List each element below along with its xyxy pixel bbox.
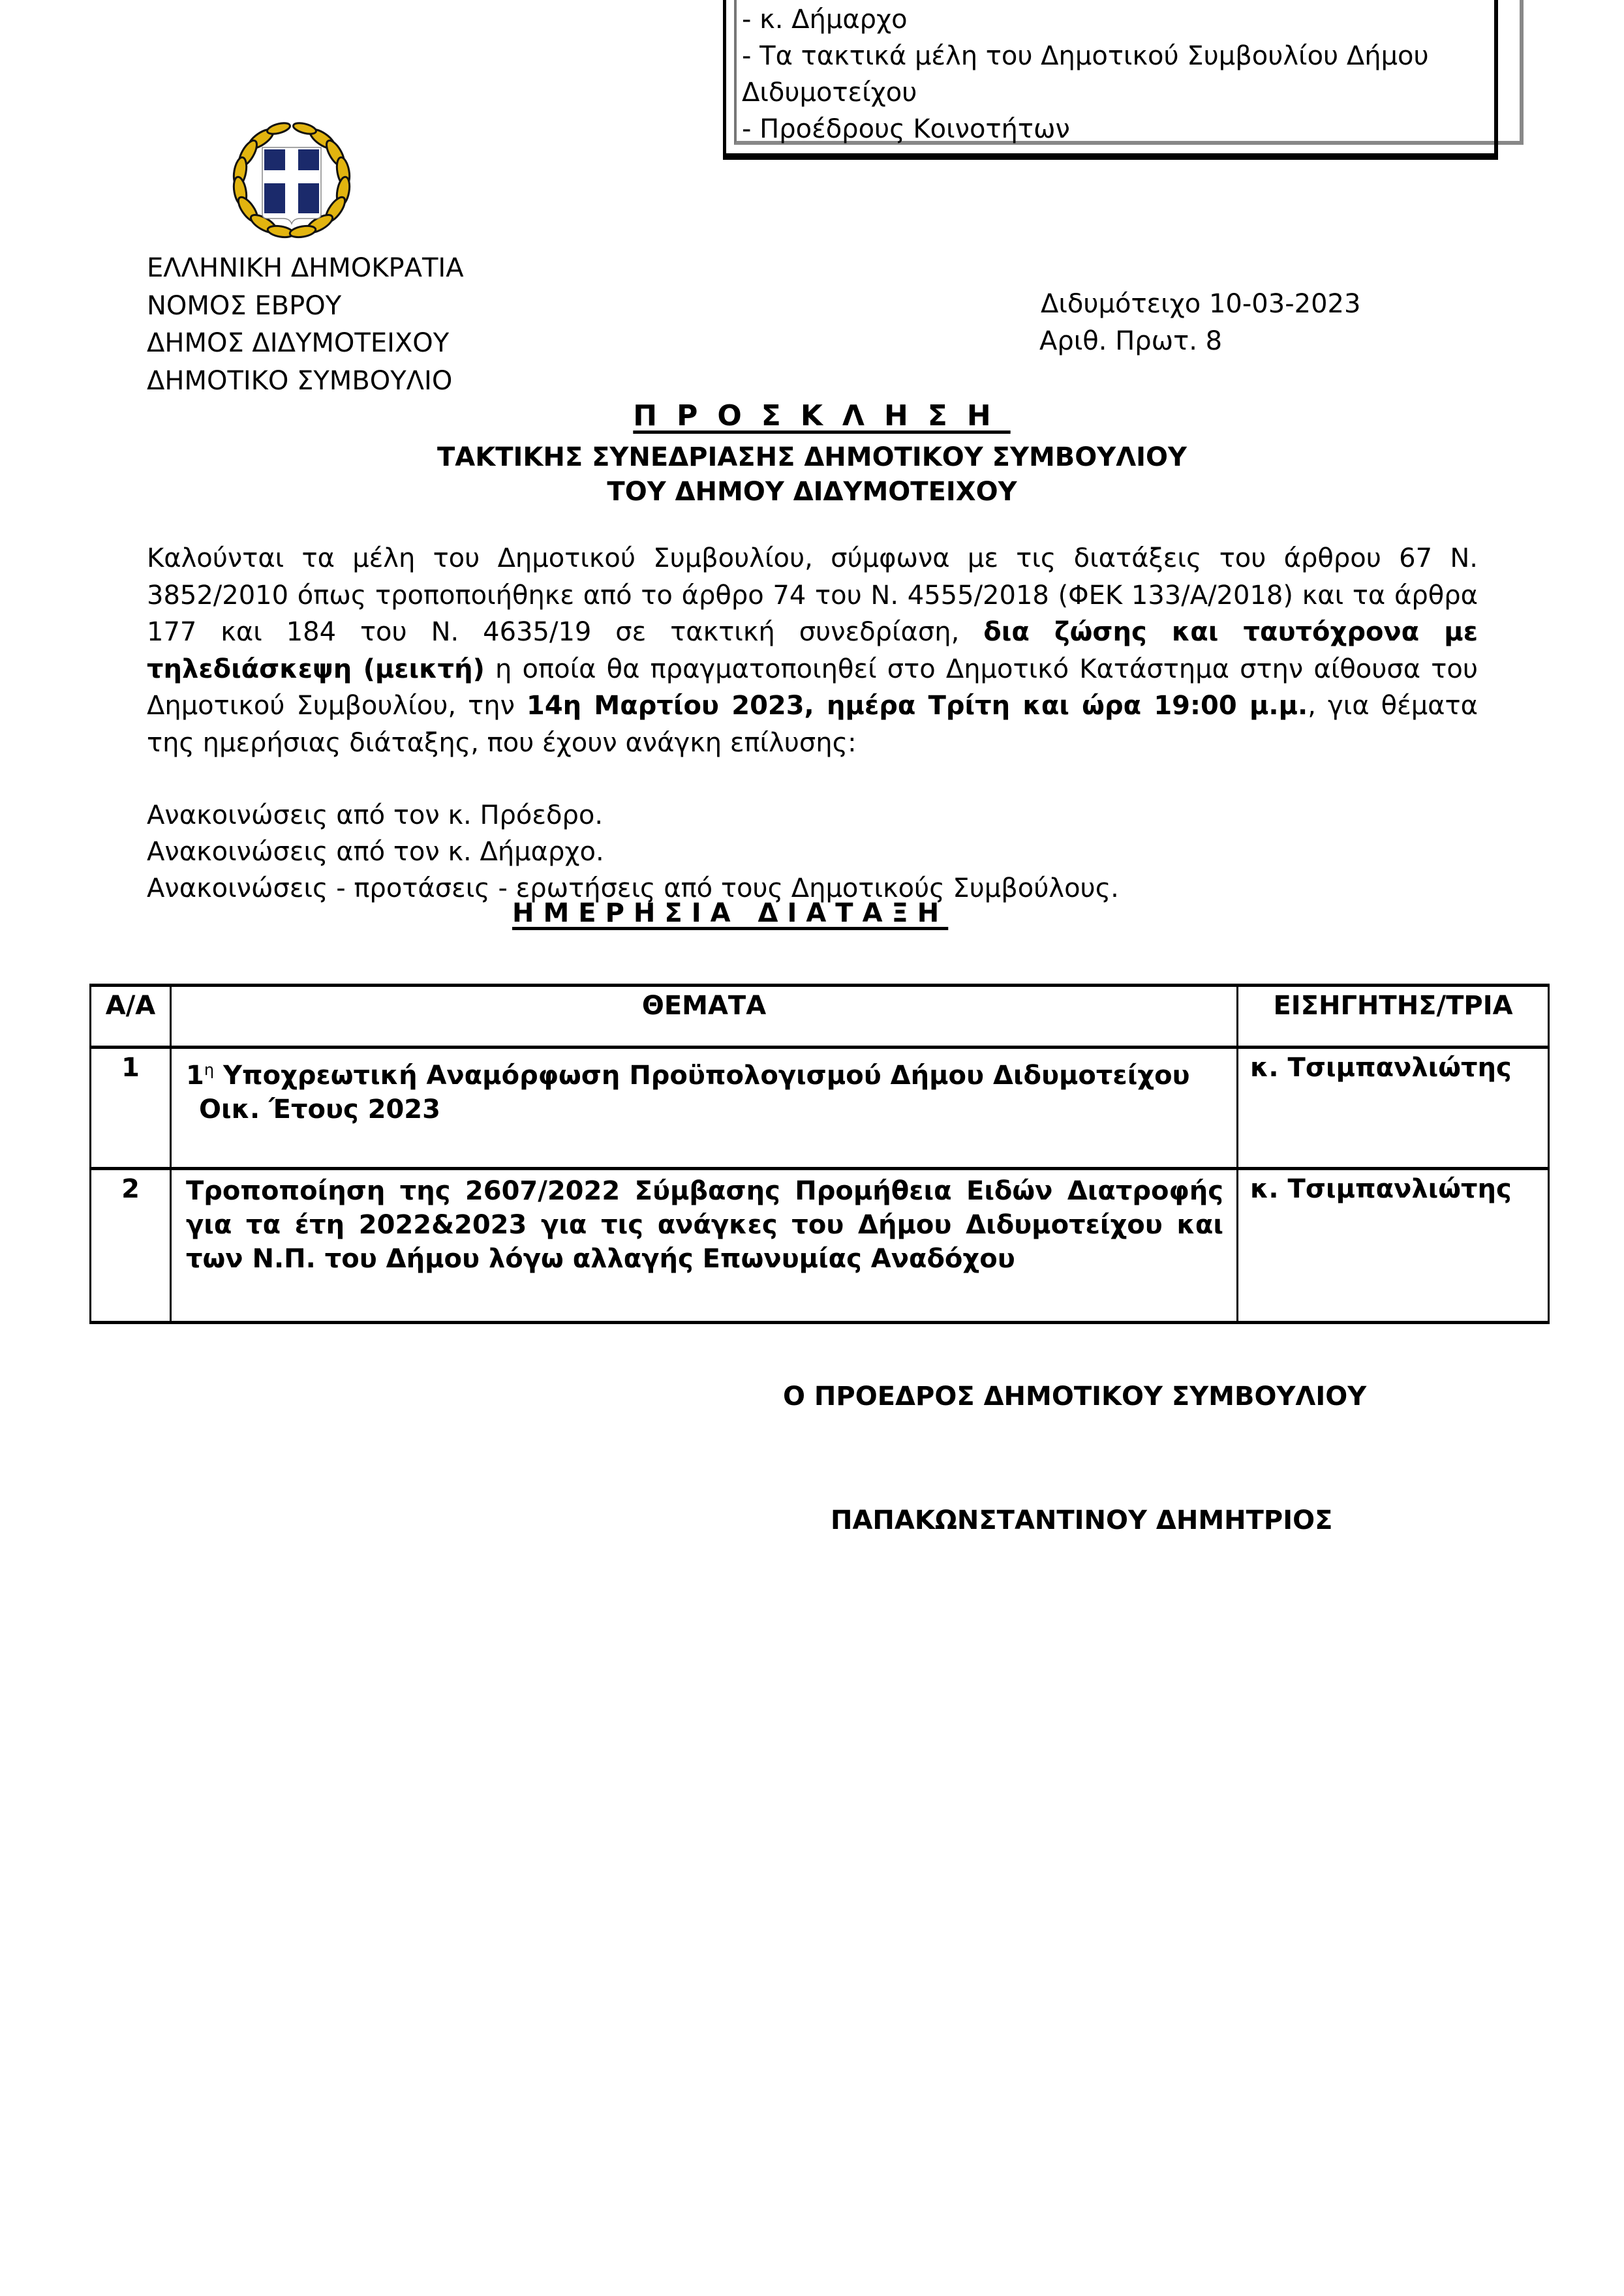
item-speaker: κ. Τσιμπανλιώτης <box>1238 1048 1549 1169</box>
invitation-paragraph: Καλούνται τα μέλη του Δημοτικού Συμβουλί… <box>147 540 1478 761</box>
meeting-datetime: 14η Μαρτίου 2023, ημέρα Τρίτη και ώρα 19… <box>527 691 1308 721</box>
topic-text: Υποχρεωτική Αναμόρφωση Προϋπολογισμού Δή… <box>214 1061 1190 1091</box>
announcement-item: Ανακοινώσεις από τον κ. Πρόεδρο. <box>147 797 1119 834</box>
recipient-line: Διδυμοτείχου <box>742 74 1429 111</box>
column-header-number: Α/Α <box>91 986 171 1048</box>
item-topic: Τροποποίηση της 2607/2022 Σύμβασης Προμή… <box>171 1169 1238 1323</box>
item-number: 1 <box>91 1048 171 1169</box>
greek-coat-of-arms-icon <box>230 119 354 240</box>
issuer-line: ΔΗΜΟΣ ΔΙΔΥΜΟΤΕΙΧΟΥ <box>147 325 464 363</box>
place-date: Διδυμότειχο 10-03-2023 <box>1041 289 1360 319</box>
topic-superscript: η <box>204 1061 214 1079</box>
document-title: ΠΡΟΣΚΛΗΣΗ <box>0 399 1624 432</box>
table-row: 1 1η Υποχρεωτική Αναμόρφωση Προϋπολογισμ… <box>91 1048 1549 1169</box>
column-header-topics: ΘΕΜΑΤΑ <box>171 986 1238 1048</box>
item-number: 2 <box>91 1169 171 1323</box>
recipient-line: - Προέδρους Κοινοτήτων <box>742 111 1429 147</box>
item-speaker: κ. Τσιμπανλιώτης <box>1238 1169 1549 1323</box>
agenda-title: ΗΜΕΡΗΣΙΑ ΔΙΑΤΑΞΗ <box>512 898 948 928</box>
signatory-name: ΠΑΠΑΚΩΝΣΤΑΝΤΙΝΟΥ ΔΗΜΗΤΡΙΟΣ <box>831 1505 1332 1535</box>
document-title-text: ΠΡΟΣΚΛΗΣΗ <box>613 399 1010 432</box>
announcement-item: Ανακοινώσεις από τον κ. Δήμαρχο. <box>147 834 1119 870</box>
subtitle-line-2: ΤΟΥ ΔΗΜΟΥ ΔΙΔΥΜΟΤΕΙΧΟΥ <box>0 477 1624 507</box>
table-header-row: Α/Α ΘΕΜΑΤΑ ΕΙΣΗΓΗΤΗΣ/ΤΡΙΑ <box>91 986 1549 1048</box>
recipient-line: - κ. Δήμαρχο <box>742 1 1429 38</box>
topic-prefix: 1 <box>186 1061 204 1091</box>
item-topic: 1η Υποχρεωτική Αναμόρφωση Προϋπολογισμού… <box>171 1048 1238 1169</box>
protocol-number: Αριθ. Πρωτ. 8 <box>1039 326 1222 356</box>
issuer-line: ΝΟΜΟΣ ΕΒΡΟΥ <box>147 288 464 325</box>
column-header-speaker: ΕΙΣΗΓΗΤΗΣ/ΤΡΙΑ <box>1238 986 1549 1048</box>
agenda-table: Α/Α ΘΕΜΑΤΑ ΕΙΣΗΓΗΤΗΣ/ΤΡΙΑ 1 1η Υποχρεωτι… <box>89 984 1550 1324</box>
recipient-line: - Τα τακτικά μέλη του Δημοτικού Συμβουλί… <box>742 38 1429 74</box>
topic-text-line2: Οικ. Έτους 2023 <box>186 1093 1223 1126</box>
subtitle-line-1: ΤΑΚΤΙΚΗΣ ΣΥΝΕΔΡΙΑΣΗΣ ΔΗΜΟΤΙΚΟΥ ΣΥΜΒΟΥΛΙΟ… <box>0 442 1624 472</box>
recipients-list: - κ. Δήμαρχο - Τα τακτικά μέλη του Δημοτ… <box>742 1 1429 147</box>
announcements-list: Ανακοινώσεις από τον κ. Πρόεδρο. Ανακοιν… <box>147 797 1119 907</box>
issuer-block: ΕΛΛΗΝΙΚΗ ΔΗΜΟΚΡΑΤΙΑ ΝΟΜΟΣ ΕΒΡΟΥ ΔΗΜΟΣ ΔΙ… <box>147 250 464 400</box>
table-row: 2 Τροποποίηση της 2607/2022 Σύμβασης Προ… <box>91 1169 1549 1323</box>
signatory-role: Ο ΠΡΟΕΔΡΟΣ ΔΗΜΟΤΙΚΟΥ ΣΥΜΒΟΥΛΙΟΥ <box>783 1382 1366 1412</box>
issuer-line: ΕΛΛΗΝΙΚΗ ΔΗΜΟΚΡΑΤΙΑ <box>147 250 464 288</box>
issuer-line: ΔΗΜΟΤΙΚΟ ΣΥΜΒΟΥΛΙΟ <box>147 363 464 400</box>
